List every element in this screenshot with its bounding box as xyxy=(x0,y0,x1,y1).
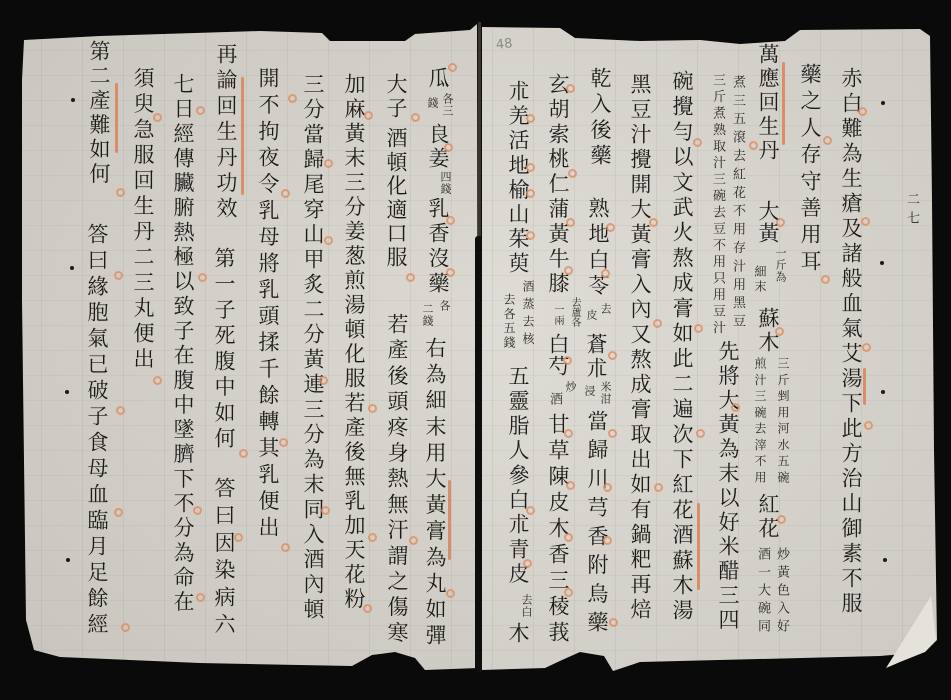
red-sideline-mark xyxy=(448,480,451,560)
column-text: 若產後頭疼身熱無汗謂之傷寒 xyxy=(386,313,407,647)
ink-dot xyxy=(881,390,885,394)
interlinear-note: 錢 xyxy=(427,97,438,108)
column-text: 酒頓化適口服 xyxy=(385,127,406,270)
interlinear-note: 去各五錢 xyxy=(503,293,515,350)
manuscript-spread: 48 二七 赤白難為生瘡及諸般血氣艾湯下此方治山御素不服 藥之人存守善用耳 萬應… xyxy=(0,0,951,700)
red-circle-mark xyxy=(749,141,758,150)
column-text: 七日經傳臟腑熱極以致子在腹中墜臍下不分為命在 xyxy=(172,73,193,615)
ink-dot xyxy=(65,390,69,394)
column-text: 加麻黃末三分姜葱煎湯頓化服若產後無乳加天花粉 xyxy=(343,73,364,612)
red-circle-mark xyxy=(776,218,785,227)
interlinear-note: 三斤煮熟取汁三碗去豆不用只用豆汁 xyxy=(711,73,724,337)
red-circle-mark xyxy=(364,111,373,120)
red-circle-mark xyxy=(406,273,415,282)
interlinear-note: 炒黃色入好 xyxy=(775,547,788,637)
red-sideline-mark xyxy=(697,503,700,590)
interlinear-note: 去白 xyxy=(521,594,532,618)
red-circle-mark xyxy=(234,533,243,542)
question-heading: 第二產難如何 xyxy=(88,40,109,187)
red-circle-mark xyxy=(114,508,123,517)
answer-text: 答曰緣胞氣已破子食母血臨月足餘經 xyxy=(86,223,107,639)
red-circle-mark xyxy=(448,63,457,72)
interlinear-note: 三斤剉用河水五碗 xyxy=(777,357,789,487)
red-circle-mark xyxy=(324,236,333,245)
ingredient-text: 乳香沒藥 xyxy=(427,197,448,297)
red-sideline-mark xyxy=(241,77,244,195)
column-text: 黑豆汁攪開大黃膏入內又熬成膏取出如有鍋粑再焙 xyxy=(629,73,650,623)
red-circle-mark xyxy=(321,506,330,515)
ingredient-text: 朮羌活地榆山茱萸 xyxy=(507,80,528,277)
red-circle-mark xyxy=(324,159,333,168)
interlinear-note: 去 xyxy=(600,303,611,314)
red-circle-mark xyxy=(319,376,328,385)
interlinear-note: 酒一大碗同 xyxy=(756,547,769,637)
red-circle-mark xyxy=(821,275,830,284)
ink-dot xyxy=(880,261,884,265)
red-circle-mark xyxy=(288,94,297,103)
red-circle-mark xyxy=(564,266,573,275)
column-text: 須臾急服回生丹二三丸便出 xyxy=(132,67,153,373)
red-circle-mark xyxy=(193,506,202,515)
ingredient-text: 熟地白苓 xyxy=(587,197,608,300)
red-circle-mark xyxy=(608,429,617,438)
red-circle-mark xyxy=(606,223,615,232)
red-circle-mark xyxy=(446,589,455,598)
red-circle-mark xyxy=(564,429,573,438)
column-text: 右為細末用大黃膏為丸如彈 xyxy=(424,337,445,650)
red-circle-mark xyxy=(526,189,535,198)
interlinear-note: 各三 xyxy=(442,93,453,117)
ingredient-text: 木 xyxy=(507,622,528,643)
red-circle-mark xyxy=(526,231,535,240)
interlinear-note: 四錢 xyxy=(440,171,451,195)
red-circle-mark xyxy=(198,273,207,282)
red-sideline-mark xyxy=(863,368,866,405)
red-circle-mark xyxy=(239,449,248,458)
interlinear-note: 一兩 xyxy=(552,304,562,326)
ingredient-text: 五靈脂人參白朮青皮 xyxy=(507,365,528,587)
interlinear-note: 酒蒸去核 xyxy=(522,280,534,350)
red-circle-mark xyxy=(603,536,612,545)
red-circle-mark xyxy=(153,376,162,385)
red-circle-mark xyxy=(693,138,702,147)
red-circle-mark xyxy=(861,217,870,226)
interlinear-note: 煮三五滾去紅花不用存汁用黑豆 xyxy=(731,75,744,333)
interlinear-note: 煎汁三碗去滓不用 xyxy=(754,357,766,487)
red-circle-mark xyxy=(564,588,573,597)
red-circle-mark xyxy=(281,189,290,198)
answer-text: 答曰因染病六 xyxy=(213,477,234,640)
red-circle-mark xyxy=(526,114,535,123)
red-sideline-mark xyxy=(782,62,785,145)
red-circle-mark xyxy=(649,218,658,227)
red-circle-mark xyxy=(526,506,535,515)
red-circle-mark xyxy=(121,623,130,632)
red-circle-mark xyxy=(823,136,832,145)
ingredient-text: 甘草陳皮木香三稜莪 xyxy=(547,413,568,647)
ink-dot xyxy=(71,98,75,102)
interlinear-note: 米泔 xyxy=(600,381,611,405)
red-circle-mark xyxy=(603,483,612,492)
red-circle-mark xyxy=(446,268,455,277)
interlinear-note: 各 xyxy=(439,300,450,311)
ingredient-text: 當歸川芎香附烏藥 xyxy=(586,410,607,640)
red-circle-mark xyxy=(116,406,125,415)
interlinear-note: 皮 xyxy=(586,309,597,320)
column-text: 碗攪勻以文武火熬成膏如此二遍次下紅花酒蘇木湯 xyxy=(671,70,692,624)
question-heading: 第一子死腹中如何 xyxy=(213,247,234,453)
ingredient-text: 蒼朮 xyxy=(585,333,606,381)
pencil-folio-number: 48 xyxy=(495,36,513,53)
red-circle-mark xyxy=(696,429,705,438)
red-circle-mark xyxy=(601,269,610,278)
column-text: 開不拘夜令乳母將乳頭揉千餘轉其乳便出 xyxy=(257,67,278,542)
red-circle-mark xyxy=(116,188,125,197)
red-circle-mark xyxy=(609,618,618,627)
column-text: 先將大黃為末以好米醋三四 xyxy=(717,340,738,633)
red-circle-mark xyxy=(566,218,575,227)
red-circle-mark xyxy=(444,143,453,152)
section-heading: 再論回生丹功效 xyxy=(215,43,236,223)
red-circle-mark xyxy=(568,169,577,178)
red-circle-mark xyxy=(694,324,703,333)
red-circle-mark xyxy=(196,593,205,602)
ingredient-text: 紅花 xyxy=(757,493,778,541)
red-circle-mark xyxy=(566,84,575,93)
ink-dot xyxy=(70,266,74,270)
ink-dot xyxy=(66,558,70,562)
red-circle-mark xyxy=(731,403,740,412)
interlinear-note: 酒 xyxy=(548,392,561,405)
interlinear-note: 炒 xyxy=(565,381,576,392)
red-circle-mark xyxy=(523,559,532,568)
red-circle-mark xyxy=(153,113,162,122)
red-circle-mark xyxy=(566,481,575,490)
red-circle-mark xyxy=(114,271,123,280)
ingredient-text: 瓜 xyxy=(427,67,448,88)
red-circle-mark xyxy=(411,113,420,122)
red-circle-mark xyxy=(858,107,867,116)
column-text: 大子 xyxy=(385,73,406,121)
ingredient-text: 玄胡索桃仁蒲黃牛膝 xyxy=(547,73,568,297)
column-text: 赤白難為生瘡及諸般血氣艾湯下此方治山御素不服 xyxy=(840,67,861,617)
interlinear-note: 去蘆各 xyxy=(569,297,579,327)
red-circle-mark xyxy=(862,343,871,352)
ink-dot xyxy=(881,101,885,105)
red-circle-mark xyxy=(281,543,290,552)
ink-dot xyxy=(883,558,887,562)
red-circle-mark xyxy=(279,438,288,447)
binding-thread xyxy=(475,236,482,672)
column-text: 乾入後藥 xyxy=(589,67,610,170)
interlinear-note: 浸 xyxy=(584,385,595,396)
interlinear-note: 二錢 xyxy=(422,303,433,327)
column-text: 三分當歸尾穿山甲炙二分黃連三分為末同入酒內頓 xyxy=(302,73,323,623)
red-circle-mark xyxy=(196,106,205,115)
red-circle-mark xyxy=(526,163,535,172)
interlinear-note: 細末 xyxy=(754,265,766,295)
red-circle-mark xyxy=(368,533,377,542)
red-circle-mark xyxy=(563,356,572,365)
red-circle-mark xyxy=(608,351,617,360)
red-sideline-mark xyxy=(115,83,118,153)
ingredient-text: 白芍 xyxy=(547,333,568,377)
red-circle-mark xyxy=(775,327,784,336)
red-circle-mark xyxy=(777,515,786,524)
red-circle-mark xyxy=(363,604,372,613)
red-circle-mark xyxy=(446,216,455,225)
recipe-title: 萬應回生丹 xyxy=(757,43,778,163)
column-text: 藥之人存守善用耳 xyxy=(799,63,820,277)
red-circle-mark xyxy=(564,533,573,542)
red-circle-mark xyxy=(653,319,662,328)
interlinear-note: 一斤為 xyxy=(775,247,786,283)
red-circle-mark xyxy=(654,483,663,492)
page-number: 二七 xyxy=(905,192,918,230)
red-circle-mark xyxy=(409,536,418,545)
ingredient-text: 大黃 xyxy=(757,200,778,244)
red-circle-mark xyxy=(864,421,873,430)
red-circle-mark xyxy=(368,404,377,413)
